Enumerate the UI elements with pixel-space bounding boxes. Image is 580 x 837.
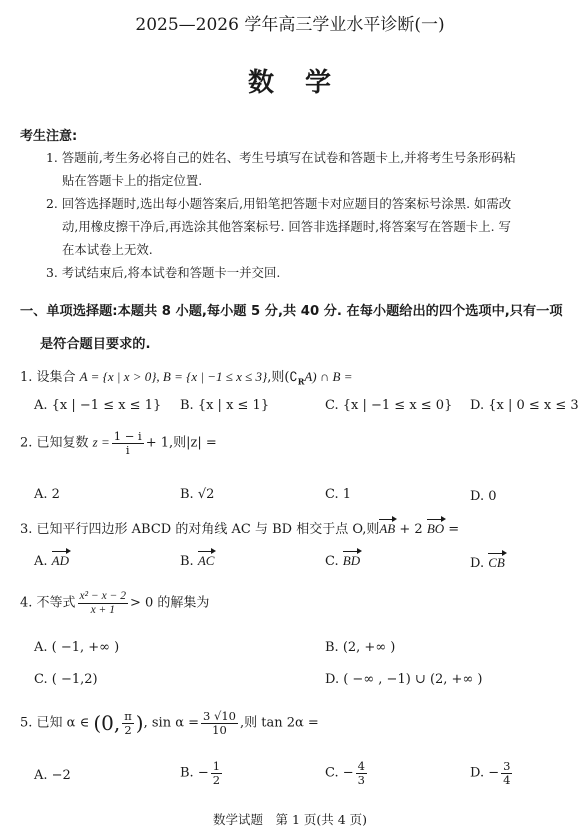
q5-d-label: D. − (470, 766, 499, 781)
q5-sin: , sin α = (144, 716, 199, 731)
notice-item-2-cont: 动,用橡皮擦干净后,再选涂其他答案标号. 回答非选择题时,将答案写在答题卡上. … (62, 217, 511, 235)
q5-b-num: 1 (211, 760, 222, 774)
q5-pi-num: π (122, 710, 134, 724)
q5-sin-num: 3 √10 (201, 710, 238, 724)
q3-b-vector: AC (198, 553, 215, 569)
q1-option-b: B. {x | x ≤ 1} (180, 398, 269, 413)
notice-item-1: 1. 答题前,考生务必将自己的姓名、考生号填写在试卷和答题卡上,并将考生号条形码… (46, 148, 516, 166)
q1-prefix: 1. 设集合 (20, 370, 80, 385)
q3-a-label: A. (34, 554, 52, 569)
q2-option-a: A. 2 (34, 487, 60, 502)
q5-option-a: A. −2 (34, 768, 71, 783)
q5-b-den: 2 (213, 774, 220, 787)
q1-suffix: ,则(∁ (267, 370, 297, 385)
q3-prefix: 3. 已知平行四边形 (20, 522, 132, 537)
q2-frac-num: 1 − i (112, 430, 144, 444)
q5-c-fraction: 43 (356, 760, 367, 786)
q5-b-fraction: 12 (211, 760, 222, 786)
q3-text: ABCD 的对角线 AC 与 BD 相交于点 O,则 (132, 522, 380, 537)
q5-option-d: D. −34 (470, 760, 514, 786)
q3-mid: + 2 (395, 522, 427, 537)
q4-frac-num: x² − x − 2 (78, 590, 128, 604)
q1-option-d: D. {x | 0 ≤ x ≤ 3} (470, 398, 580, 413)
q3-option-b: B. AC (180, 553, 214, 569)
q5-option-b: B. −12 (180, 760, 224, 786)
q4-suffix: > 0 的解集为 (130, 596, 209, 611)
section-heading: 一、单项选择题:本题共 8 小题,每小题 5 分,共 40 分. 在每小题给出的… (20, 300, 563, 319)
question-5-stem: 5. 已知 α ∈ (0,π2), sin α =3 √1010,则 tan 2… (20, 710, 319, 736)
q3-option-a: A. AD (34, 553, 69, 569)
notice-item-1-cont: 贴在答题卡上的指定位置. (62, 171, 202, 189)
subject-char-1: 数 (248, 68, 275, 98)
q1-sets: A = {x | x > 0}, B = {x | −1 ≤ x ≤ 3} (80, 369, 268, 384)
q2-fraction: 1 − ii (112, 430, 144, 456)
q5-interval-start: (0, (93, 711, 120, 735)
q2-var: z = (93, 435, 110, 450)
q5-b-label: B. − (180, 766, 209, 781)
section-heading-cont: 是符合题目要求的. (40, 333, 151, 352)
q3-d-vector: CB (488, 555, 505, 571)
q3-vector-bo: BO (427, 521, 444, 537)
q5-suffix: ,则 tan 2α = (240, 716, 319, 731)
subject-char-2: 学 (305, 68, 332, 98)
notice-item-2: 2. 回答选择题时,选出每小题答案后,用铅笔把答题卡对应题目的答案标号涂黑. 如… (46, 194, 511, 212)
q4-option-c: C. ( −1,2) (34, 672, 98, 687)
q5-d-fraction: 34 (501, 760, 512, 786)
q5-d-den: 4 (503, 774, 510, 787)
q2-frac-den: i (126, 444, 130, 457)
q4-option-d: D. ( −∞ , −1) ∪ (2, +∞ ) (325, 672, 482, 687)
page-footer: 数学试题 第 1 页(共 4 页) (0, 810, 580, 828)
q1-option-c: C. {x | −1 ≤ x ≤ 0} (325, 398, 452, 413)
q5-interval-open: (0, (93, 711, 120, 735)
question-4-stem: 4. 不等式x² − x − 2x + 1> 0 的解集为 (20, 590, 209, 616)
q5-pi-fraction: π2 (122, 710, 134, 736)
question-3-stem: 3. 已知平行四边形 ABCD 的对角线 AC 与 BD 相交于点 O,则AB … (20, 518, 459, 537)
q5-pi-den: 2 (124, 724, 131, 737)
q5-option-c: C. −43 (325, 760, 369, 786)
notice-item-3: 3. 考试结束后,将本试卷和答题卡一并交回. (46, 263, 280, 281)
q3-option-d: D. CB (470, 555, 505, 571)
q3-b-label: B. (180, 554, 198, 569)
question-2-stem: 2. 已知复数 z =1 − ii+ 1,则|z| = (20, 430, 217, 456)
q3-vector-ab: AB (379, 521, 395, 537)
notice-heading: 考生注意: (20, 125, 77, 144)
q3-end: = (444, 522, 459, 537)
q5-sin-fraction: 3 √1010 (201, 710, 238, 736)
q2-prefix: 2. 已知复数 (20, 436, 93, 451)
q5-c-den: 3 (358, 774, 365, 787)
q5-d-num: 3 (501, 760, 512, 774)
q1-end: A) ∩ B = (304, 369, 352, 384)
q2-suffix: + 1,则|z| = (146, 436, 217, 451)
q3-a-vector: AD (52, 553, 69, 569)
q3-c-label: C. (325, 554, 343, 569)
q5-prefix: 5. 已知 α ∈ (20, 716, 93, 731)
q4-fraction: x² − x − 2x + 1 (78, 590, 128, 616)
q4-frac-den: x + 1 (91, 604, 115, 617)
q2-option-c: C. 1 (325, 487, 351, 502)
q5-sin-den: 10 (212, 724, 227, 737)
q4-option-a: A. ( −1, +∞ ) (34, 640, 119, 655)
subject-title: 数学 (0, 62, 580, 99)
exam-header: 2025—2026 学年高三学业水平诊断(一) (0, 10, 580, 35)
q2-option-b: B. √2 (180, 487, 214, 502)
q3-option-c: C. BD (325, 553, 360, 569)
q5-c-num: 4 (356, 760, 367, 774)
q5-interval-close: ) (136, 711, 144, 735)
q4-option-b: B. (2, +∞ ) (325, 640, 395, 655)
question-1-stem: 1. 设集合 A = {x | x > 0}, B = {x | −1 ≤ x … (20, 366, 352, 387)
q3-d-label: D. (470, 556, 488, 571)
q5-c-label: C. − (325, 766, 354, 781)
q4-prefix: 4. 不等式 (20, 596, 76, 611)
q1-option-a: A. {x | −1 ≤ x ≤ 1} (34, 398, 161, 413)
q2-option-d: D. 0 (470, 489, 497, 504)
q3-c-vector: BD (343, 553, 360, 569)
notice-item-2-cont2: 在本试卷上无效. (62, 240, 153, 258)
